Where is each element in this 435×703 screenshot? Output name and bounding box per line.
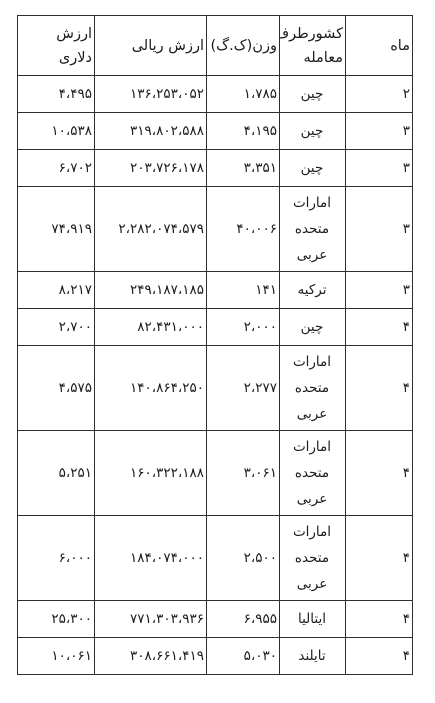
cell-month: ۲ [346,76,413,113]
header-month: ماه [346,16,413,76]
table-row: ۴امارات متحده عربی۲،۵۰۰۱۸۴،۰۷۴،۰۰۰۶،۰۰۰ [18,516,413,601]
cell-country: امارات متحده عربی [280,346,346,431]
cell-month: ۴ [346,601,413,638]
cell-country: امارات متحده عربی [280,431,346,516]
cell-weight: ۵،۰۳۰ [207,638,280,675]
cell-month: ۳ [346,187,413,272]
cell-dollar: ۵،۲۵۱ [18,431,95,516]
table-row: ۳چین۴،۱۹۵۳۱۹،۸۰۲،۵۸۸۱۰،۵۳۸ [18,113,413,150]
table-body: ۲چین۱،۷۸۵۱۳۶،۲۵۳،۰۵۲۴،۴۹۵۳چین۴،۱۹۵۳۱۹،۸۰… [18,76,413,675]
cell-weight: ۴۰،۰۰۶ [207,187,280,272]
cell-month: ۴ [346,431,413,516]
cell-dollar: ۱۰،۰۶۱ [18,638,95,675]
cell-weight: ۳،۳۵۱ [207,150,280,187]
cell-dollar: ۴،۴۹۵ [18,76,95,113]
header-row: ماه کشورطرف معامله وزن(ک.گ) ارزش ریالی ا… [18,16,413,76]
table-header: ماه کشورطرف معامله وزن(ک.گ) ارزش ریالی ا… [18,16,413,76]
document-page: ماه کشورطرف معامله وزن(ک.گ) ارزش ریالی ا… [0,0,435,703]
cell-dollar: ۱۰،۵۳۸ [18,113,95,150]
header-country: کشورطرف معامله [280,16,346,76]
cell-rial: ۱۳۶،۲۵۳،۰۵۲ [95,76,207,113]
table-row: ۴امارات متحده عربی۳،۰۶۱۱۶۰،۳۲۲،۱۸۸۵،۲۵۱ [18,431,413,516]
cell-rial: ۲،۲۸۲،۰۷۴،۵۷۹ [95,187,207,272]
cell-rial: ۲۰۳،۷۲۶،۱۷۸ [95,150,207,187]
cell-country: ایتالیا [280,601,346,638]
cell-dollar: ۸،۲۱۷ [18,272,95,309]
trade-data-table: ماه کشورطرف معامله وزن(ک.گ) ارزش ریالی ا… [17,15,413,675]
table-row: ۳چین۳،۳۵۱۲۰۳،۷۲۶،۱۷۸۶،۷۰۲ [18,150,413,187]
cell-weight: ۱۴۱ [207,272,280,309]
cell-weight: ۲،۲۷۷ [207,346,280,431]
header-rial-value: ارزش ریالی [95,16,207,76]
header-weight-kg: وزن(ک.گ) [207,16,280,76]
table-row: ۴امارات متحده عربی۲،۲۷۷۱۴۰،۸۶۴،۲۵۰۴،۵۷۵ [18,346,413,431]
cell-month: ۳ [346,272,413,309]
cell-rial: ۱۴۰،۸۶۴،۲۵۰ [95,346,207,431]
cell-weight: ۴،۱۹۵ [207,113,280,150]
cell-weight: ۳،۰۶۱ [207,431,280,516]
cell-month: ۳ [346,113,413,150]
cell-country: چین [280,150,346,187]
table-row: ۳امارات متحده عربی۴۰،۰۰۶۲،۲۸۲،۰۷۴،۵۷۹۷۴،… [18,187,413,272]
cell-rial: ۷۷۱،۳۰۳،۹۳۶ [95,601,207,638]
cell-month: ۳ [346,150,413,187]
cell-country: امارات متحده عربی [280,187,346,272]
cell-dollar: ۷۴،۹۱۹ [18,187,95,272]
cell-country: چین [280,309,346,346]
table-row: ۴تایلند۵،۰۳۰۳۰۸،۶۶۱،۴۱۹۱۰،۰۶۱ [18,638,413,675]
cell-dollar: ۲۵،۳۰۰ [18,601,95,638]
cell-country: تایلند [280,638,346,675]
header-dollar-value: ارزش دلاری [18,16,95,76]
cell-dollar: ۶،۷۰۲ [18,150,95,187]
cell-dollar: ۴،۵۷۵ [18,346,95,431]
table-row: ۴چین۲،۰۰۰۸۲،۴۳۱،۰۰۰۲،۷۰۰ [18,309,413,346]
cell-month: ۴ [346,516,413,601]
cell-country: امارات متحده عربی [280,516,346,601]
cell-rial: ۸۲،۴۳۱،۰۰۰ [95,309,207,346]
cell-country: چین [280,76,346,113]
cell-month: ۴ [346,638,413,675]
cell-rial: ۱۸۴،۰۷۴،۰۰۰ [95,516,207,601]
cell-country: چین [280,113,346,150]
table-row: ۲چین۱،۷۸۵۱۳۶،۲۵۳،۰۵۲۴،۴۹۵ [18,76,413,113]
cell-weight: ۲،۰۰۰ [207,309,280,346]
cell-rial: ۱۶۰،۳۲۲،۱۸۸ [95,431,207,516]
table-row: ۳ترکیه۱۴۱۲۴۹،۱۸۷،۱۸۵۸،۲۱۷ [18,272,413,309]
cell-country: ترکیه [280,272,346,309]
cell-dollar: ۲،۷۰۰ [18,309,95,346]
cell-dollar: ۶،۰۰۰ [18,516,95,601]
cell-rial: ۳۱۹،۸۰۲،۵۸۸ [95,113,207,150]
cell-rial: ۳۰۸،۶۶۱،۴۱۹ [95,638,207,675]
cell-weight: ۱،۷۸۵ [207,76,280,113]
cell-weight: ۲،۵۰۰ [207,516,280,601]
cell-rial: ۲۴۹،۱۸۷،۱۸۵ [95,272,207,309]
cell-month: ۴ [346,346,413,431]
cell-month: ۴ [346,309,413,346]
table-row: ۴ایتالیا۶،۹۵۵۷۷۱،۳۰۳،۹۳۶۲۵،۳۰۰ [18,601,413,638]
cell-weight: ۶،۹۵۵ [207,601,280,638]
